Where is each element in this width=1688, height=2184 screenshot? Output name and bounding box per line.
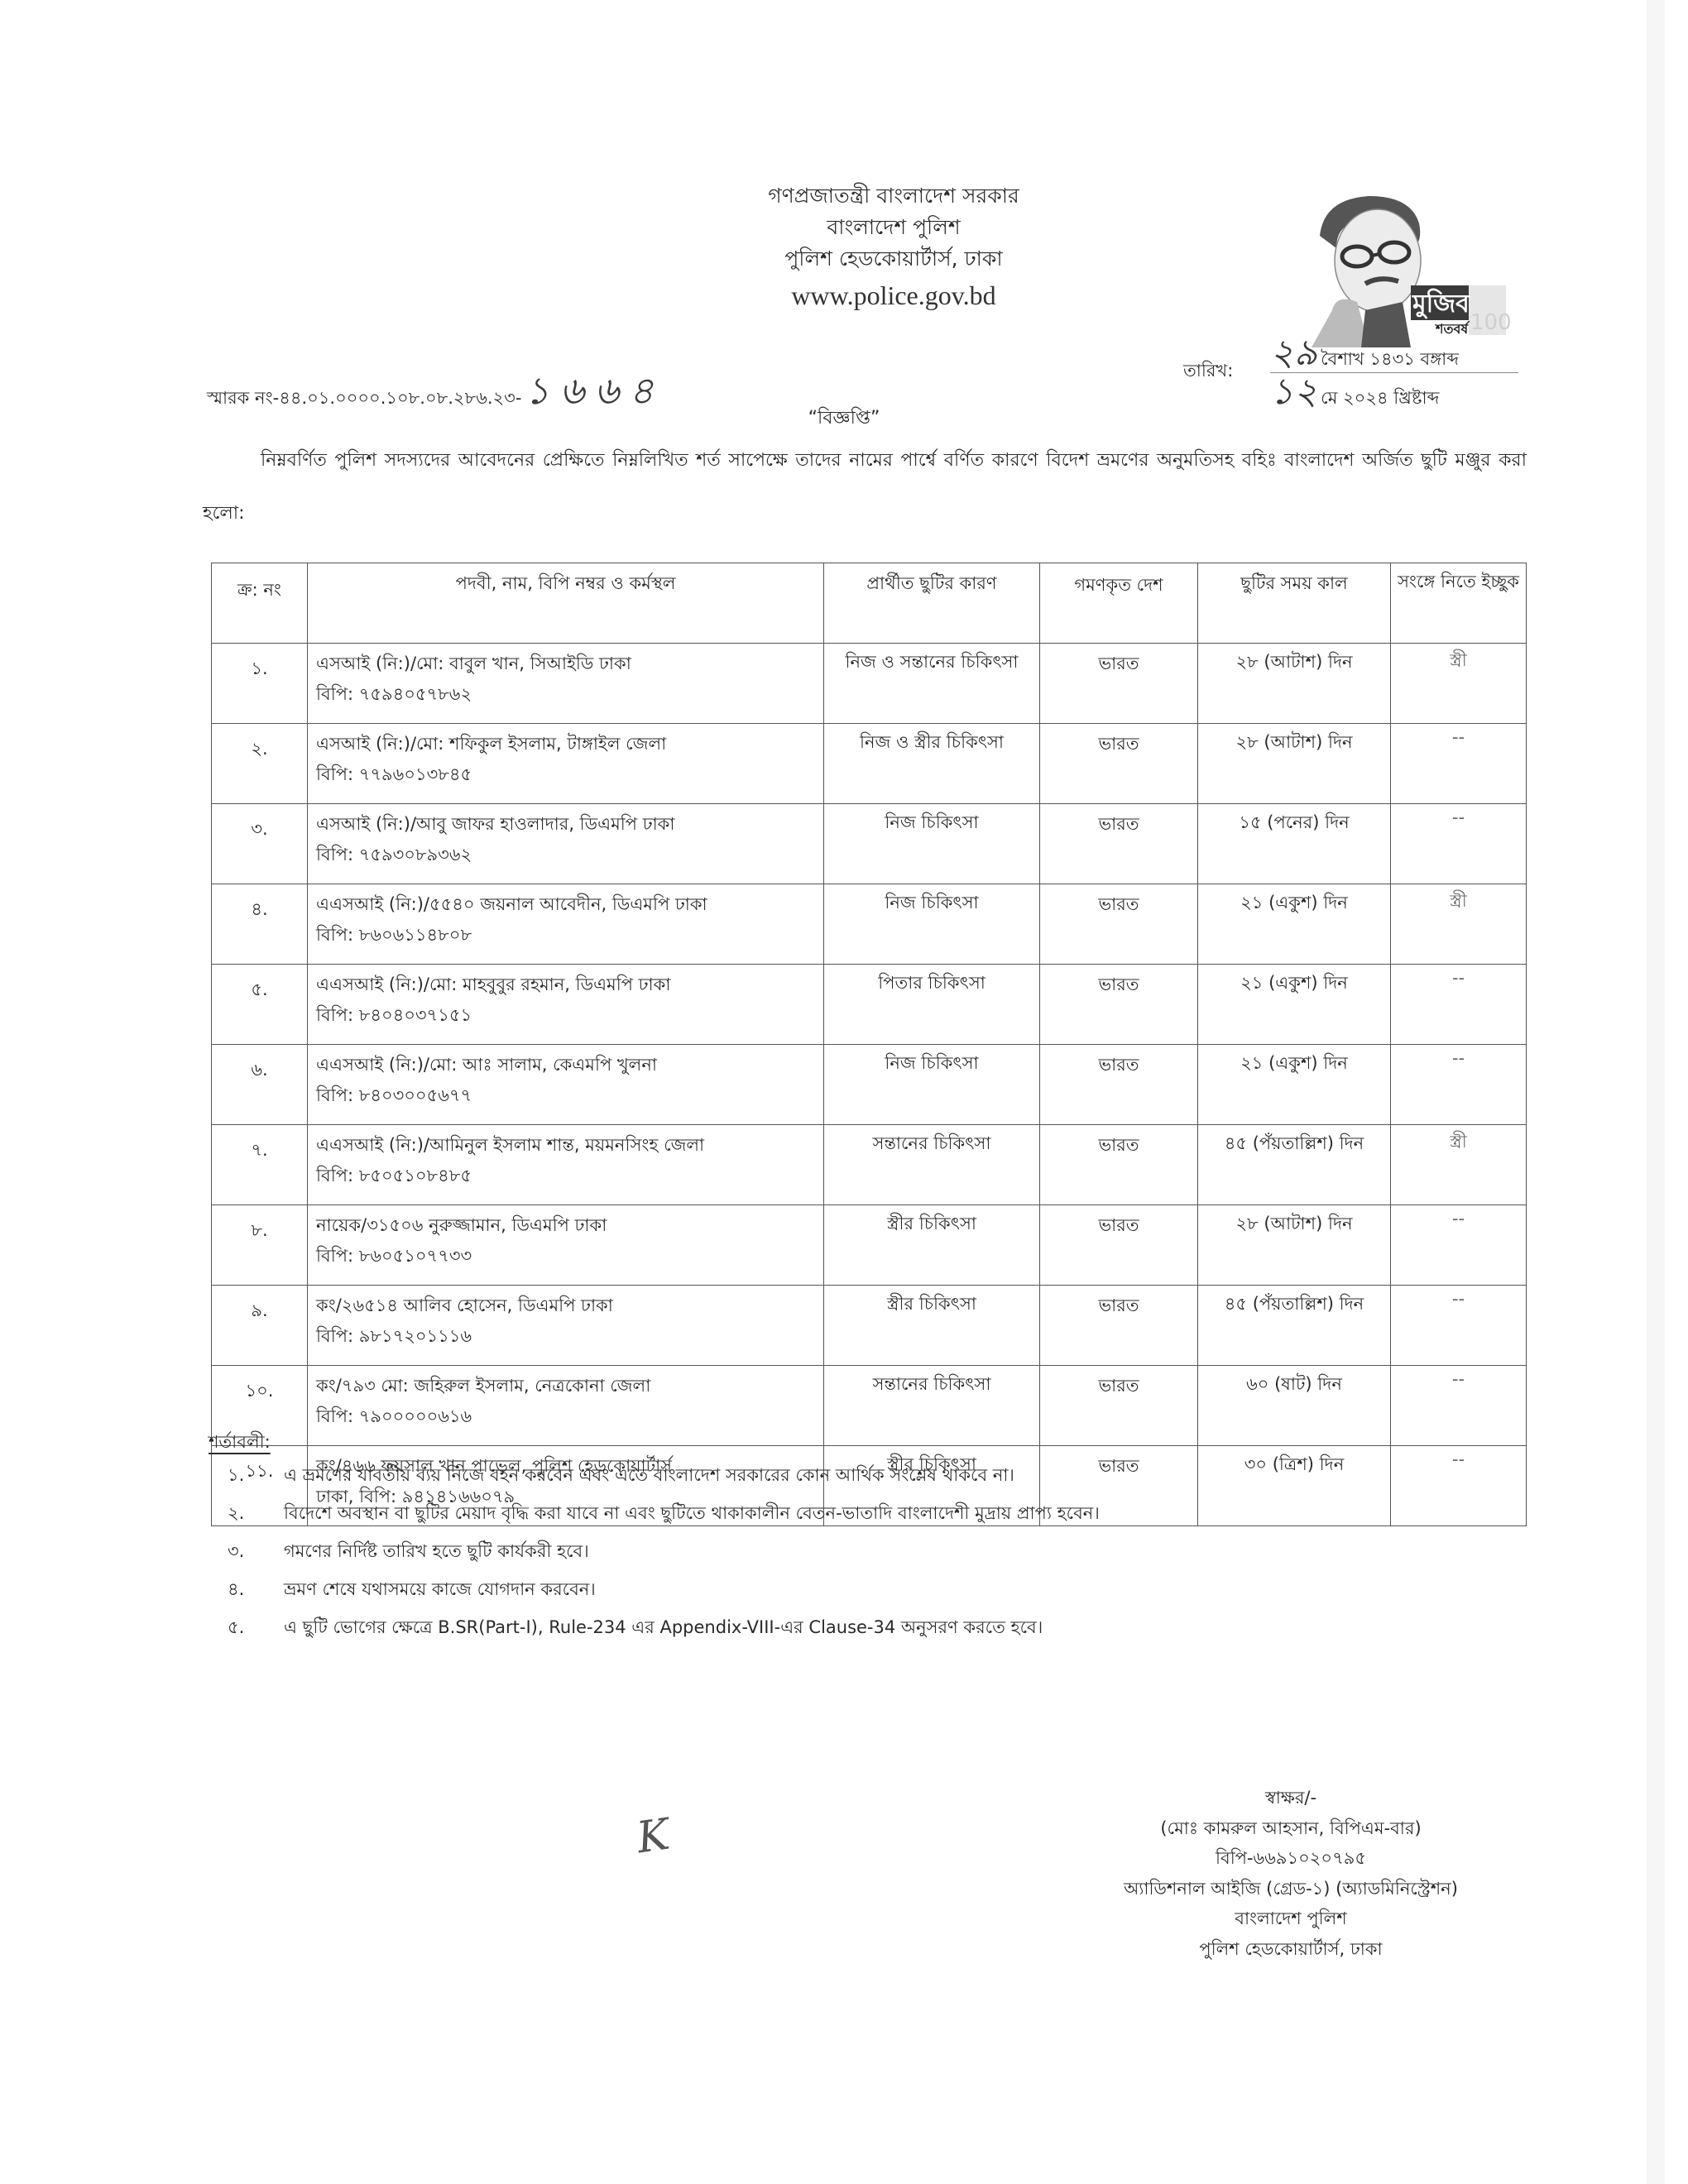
serial-cell: ২. [212, 724, 308, 804]
duration-duration-text: ৪৫ (পঁয়তাল্লিশ) দিন [1198, 1291, 1390, 1319]
condition-number: ২. [228, 1494, 284, 1532]
department-name: বাংলাদেশ পুলিশ [579, 212, 1208, 243]
companion-cell: -- [1391, 1045, 1527, 1125]
reason-cell: নিজ চিকিৎসা [824, 884, 1040, 965]
duration-duration-text: ২১ (একুশ) দিন [1198, 970, 1390, 999]
serial-sl-text: ৯. [212, 1297, 307, 1326]
reason-reason-text: পিতার চিকিৎসা [824, 970, 1039, 999]
duration-cell: ৪৫ (পঁয়তাল্লিশ) দিন [1198, 1125, 1391, 1205]
name-cell: কং/৭৯৩ মো: জহিরুল ইসলাম, নেত্রকোনা জেলাব… [308, 1366, 824, 1446]
name-bp-text: বিপি: ৮৬০৫১০৭৭৩৩ [316, 1241, 823, 1272]
condition-number: ৩. [228, 1532, 284, 1570]
conditions-title: শর্তাবলী: [209, 1429, 271, 1458]
table-row: ১০.কং/৭৯৩ মো: জহিরুল ইসলাম, নেত্রকোনা জে… [212, 1366, 1527, 1446]
reason-cell: পিতার চিকিৎসা [824, 965, 1040, 1045]
companion-cell: স্ত্রী [1391, 644, 1527, 724]
name-name-text: এএসআই (নি:)/৫৫৪০ জয়নাল আবেদীন, ডিএমপি ঢ… [316, 889, 823, 920]
name-bp-text: বিপি: ৭৫৯৩০৮৯৩৬২ [316, 840, 823, 870]
country-country-text: ভারত [1040, 1292, 1197, 1321]
companion-companion-text: -- [1391, 1289, 1526, 1309]
duration-cell: ২৮ (আটাশ) দিন [1198, 644, 1391, 724]
duration-cell: ২১ (একুশ) দিন [1198, 884, 1391, 965]
name-name-text: এসআই (নি:)/মো: বাবুল খান, সিআইডি ঢাকা [316, 649, 823, 679]
reason-cell: নিজ চিকিৎসা [824, 804, 1040, 884]
table-row: ২.এসআই (নি:)/মো: শফিকুল ইসলাম, টাঙ্গাইল … [212, 724, 1527, 804]
companion-companion-text: স্ত্রী [1391, 647, 1526, 676]
bangla-date: ২৯বৈশাখ ১৪৩১ বঙ্গাব্দ [1270, 338, 1518, 369]
reason-reason-text: নিজ চিকিৎসা [824, 809, 1039, 838]
name-bp-text: বিপি: ৮৬০৬১১৪৮০৮ [316, 920, 823, 951]
duration-duration-text: ২১ (একুশ) দিন [1198, 1050, 1390, 1079]
condition-text: ভ্রমণ শেষে যথাসময়ে কাজে যোগদান করবেন। [284, 1570, 596, 1608]
serial-cell: ৫. [212, 965, 308, 1045]
signature-block: স্বাক্ষর/- (মোঃ কামরুল আহসান, বিপিএম-বার… [1076, 1783, 1506, 1964]
condition-item: ৩.গমণের নির্দিষ্ট তারিখ হতে ছুটি কার্যকর… [228, 1532, 1551, 1570]
companion-companion-text: -- [1391, 968, 1526, 988]
name-cell: নায়েক/৩১৫০৬ নুরুজ্জামান, ডিএমপি ঢাকাবিপ… [308, 1205, 824, 1286]
companion-companion-text: -- [1391, 1369, 1526, 1389]
name-cell: এএসআই (নি:)/মো: আঃ সালাম, কেএমপি খুলনাবি… [308, 1045, 824, 1125]
name-cell: এসআই (নি:)/মো: বাবুল খান, সিআইডি ঢাকাবিপ… [308, 644, 824, 724]
table-row: ৩.এসআই (নি:)/আবু জাফর হাওলাদার, ডিএমপি ঢ… [212, 804, 1527, 884]
country-country-text: ভারত [1040, 1372, 1197, 1401]
table-row: ১.এসআই (নি:)/মো: বাবুল খান, সিআইডি ঢাকাব… [212, 644, 1527, 724]
name-cell: এসআই (নি:)/আবু জাফর হাওলাদার, ডিএমপি ঢাক… [308, 804, 824, 884]
reason-reason-text: নিজ চিকিৎসা [824, 1050, 1039, 1079]
condition-text: এ ছুটি ভোগের ক্ষেত্রে B.SR(Part-I), Rule… [284, 1608, 1043, 1646]
reason-reason-text: স্ত্রীর চিকিৎসা [824, 1210, 1039, 1239]
condition-text: বিদেশে অবস্থান বা ছুটির মেয়াদ বৃদ্ধি কর… [284, 1494, 1100, 1532]
serial-cell: ৮. [212, 1205, 308, 1286]
serial-cell: ৪. [212, 884, 308, 965]
companion-cell: স্ত্রী [1391, 884, 1527, 965]
condition-text: এ ভ্রমণের যাবতীয় ব্যয় নিজে বহন করবেন এ… [284, 1456, 1014, 1494]
name-name-text: এসআই (নি:)/মো: শফিকুল ইসলাম, টাঙ্গাইল জে… [316, 729, 823, 759]
serial-sl-text: ৫. [212, 976, 307, 1005]
name-bp-text: বিপি: ৮৪০৪০৩৭১৫১ [316, 1000, 823, 1031]
col-serial: ক্র: নং [212, 563, 308, 644]
country-country-text: ভারত [1040, 1051, 1197, 1080]
name-cell: কং/২৬৫১৪ আলিব হোসেন, ডিএমপি ঢাকাবিপি: ৯৮… [308, 1286, 824, 1366]
duration-duration-text: ২৮ (আটাশ) দিন [1198, 729, 1390, 758]
name-bp-text: বিপি: ৭৭৯৬০১৩৮৪৫ [316, 759, 823, 790]
table-row: ৭.এএসআই (নি:)/আমিনুল ইসলাম শান্ত, ময়মনস… [212, 1125, 1527, 1205]
serial-sl-text: ৮. [212, 1217, 307, 1246]
country-cell: ভারত [1040, 804, 1198, 884]
duration-duration-text: ২৮ (আটাশ) দিন [1198, 649, 1390, 678]
duration-duration-text: ২৮ (আটাশ) দিন [1198, 1210, 1390, 1239]
country-cell: ভারত [1040, 1125, 1198, 1205]
website-link[interactable]: www.police.gov.bd [579, 276, 1208, 314]
duration-cell: ২১ (একুশ) দিন [1198, 1045, 1391, 1125]
serial-cell: ৩. [212, 804, 308, 884]
reason-reason-text: স্ত্রীর চিকিৎসা [824, 1291, 1039, 1319]
office-name: পুলিশ হেডকোয়ার্টার্স, ঢাকা [579, 243, 1208, 275]
letterhead: গণপ্রজাতন্ত্রী বাংলাদেশ সরকার বাংলাদেশ প… [579, 180, 1208, 314]
serial-cell: ১. [212, 644, 308, 724]
serial-sl-text: ৪. [212, 896, 307, 925]
companion-companion-text: স্ত্রী [1391, 888, 1526, 917]
serial-cell: ৭. [212, 1125, 308, 1205]
serial-sl-text: ৩. [212, 816, 307, 845]
country-cell: ভারত [1040, 1045, 1198, 1125]
reason-cell: স্ত্রীর চিকিৎসা [824, 1286, 1040, 1366]
duration-duration-text: ২১ (একুশ) দিন [1198, 889, 1390, 918]
reason-cell: স্ত্রীর চিকিৎসা [824, 1205, 1040, 1286]
duration-duration-text: ৬০ (ষাট) দিন [1198, 1371, 1390, 1400]
name-name-text: কং/৭৯৩ মো: জহিরুল ইসলাম, নেত্রকোনা জেলা [316, 1371, 823, 1401]
reason-reason-text: নিজ চিকিৎসা [824, 889, 1039, 918]
scan-edge-shadow [1647, 0, 1665, 2184]
condition-number: ১. [228, 1456, 284, 1494]
country-cell: ভারত [1040, 1286, 1198, 1366]
duration-cell: ২৮ (আটাশ) দিন [1198, 724, 1391, 804]
country-cell: ভারত [1040, 644, 1198, 724]
reason-reason-text: নিজ ও সন্তানের চিকিৎসা [824, 649, 1039, 678]
leave-approval-table: ক্র: নং পদবী, নাম, বিপি নম্বর ও কর্মস্থল… [211, 563, 1527, 1526]
name-name-text: এসআই (নি:)/আবু জাফর হাওলাদার, ডিএমপি ঢাক… [316, 809, 823, 840]
table-row: ৫.এএসআই (নি:)/মো: মাহবুবুর রহমান, ডিএমপি… [212, 965, 1527, 1045]
name-cell: এএসআই (নি:)/মো: মাহবুবুর রহমান, ডিএমপি ঢ… [308, 965, 824, 1045]
name-bp-text: বিপি: ৮৪০৩০০৫৬৭৭ [316, 1080, 823, 1111]
table-row: ৮.নায়েক/৩১৫০৬ নুরুজ্জামান, ডিএমপি ঢাকাব… [212, 1205, 1527, 1286]
duration-cell: ১৫ (পনের) দিন [1198, 804, 1391, 884]
logo-number: 100 [1470, 310, 1512, 335]
duration-cell: ৪৫ (পঁয়তাল্লিশ) দিন [1198, 1286, 1391, 1366]
name-cell: এসআই (নি:)/মো: শফিকুল ইসলাম, টাঙ্গাইল জে… [308, 724, 824, 804]
country-country-text: ভারত [1040, 811, 1197, 840]
name-bp-text: বিপি: ৯৮১৭২০১১১৬ [316, 1321, 823, 1352]
reason-reason-text: সন্তানের চিকিৎসা [824, 1130, 1039, 1159]
companion-cell: -- [1391, 724, 1527, 804]
date-label: তারিখ: [1183, 357, 1233, 386]
mujib-borsho-logo: মুজিব শতবর্ষ 100 [1287, 186, 1527, 352]
duration-duration-text: ৪৫ (পঁয়তাল্লিশ) দিন [1198, 1130, 1390, 1159]
country-country-text: ভারত [1040, 730, 1197, 759]
reason-cell: নিজ চিকিৎসা [824, 1045, 1040, 1125]
reason-cell: সন্তানের চিকিৎসা [824, 1125, 1040, 1205]
col-duration: ছুটির সময় কাল [1198, 563, 1391, 644]
name-bp-text: বিপি: ৭৫৯৪০৫৭৮৬২ [316, 679, 823, 710]
table-body: ১.এসআই (নি:)/মো: বাবুল খান, সিআইডি ঢাকাব… [212, 644, 1527, 1526]
serial-cell: ৯. [212, 1286, 308, 1366]
table-row: ৯.কং/২৬৫১৪ আলিব হোসেন, ডিএমপি ঢাকাবিপি: … [212, 1286, 1527, 1366]
bangla-month-year: বৈশাখ ১৪৩১ বঙ্গাব্দ [1321, 349, 1459, 369]
signatory-designation: অ্যাডিশনাল আইজি (গ্রেড-১) (অ্যাডমিনিস্ট্… [1076, 1874, 1506, 1904]
name-name-text: এএসআই (নি:)/মো: মাহবুবুর রহমান, ডিএমপি ঢ… [316, 970, 823, 1000]
col-name: পদবী, নাম, বিপি নম্বর ও কর্মস্থল [308, 563, 824, 644]
companion-cell: -- [1391, 965, 1527, 1045]
companion-cell: -- [1391, 804, 1527, 884]
conditions-list: ১.এ ভ্রমণের যাবতীয় ব্যয় নিজে বহন করবেন… [228, 1456, 1551, 1646]
reason-reason-text: নিজ ও স্ত্রীর চিকিৎসা [824, 729, 1039, 758]
name-bp-text: বিপি: ৭৯০০০০০৬১৬ [316, 1401, 823, 1432]
serial-sl-text: ৬. [212, 1056, 307, 1085]
serial-sl-text: ৭. [212, 1137, 307, 1166]
country-country-text: ভারত [1040, 1132, 1197, 1161]
companion-companion-text: -- [1391, 1048, 1526, 1068]
col-companion: সংঙ্গে নিতে ইচ্ছুক [1391, 563, 1527, 644]
table-header-row: ক্র: নং পদবী, নাম, বিপি নম্বর ও কর্মস্থল… [212, 563, 1527, 644]
notice-title: “বিজ্ঞপ্তি” [0, 404, 1688, 434]
bangla-day-handwritten: ২৯ [1270, 332, 1317, 374]
duration-cell: ২১ (একুশ) দিন [1198, 965, 1391, 1045]
companion-companion-text: স্ত্রী [1391, 1128, 1526, 1157]
companion-cell: -- [1391, 1286, 1527, 1366]
signatory-name: (মোঃ কামরুল আহসান, বিপিএম-বার) [1076, 1813, 1506, 1844]
name-bp-text: বিপি: ৮৫০৫১০৮৪৮৫ [316, 1161, 823, 1191]
name-cell: এএসআই (নি:)/৫৫৪০ জয়নাল আবেদীন, ডিএমপি ঢ… [308, 884, 824, 965]
serial-sl-text: ১০. [212, 1377, 307, 1406]
serial-sl-text: ১. [212, 655, 307, 684]
country-cell: ভারত [1040, 724, 1198, 804]
signed-label: স্বাক্ষর/- [1076, 1783, 1506, 1813]
table-row: ৬.এএসআই (নি:)/মো: আঃ সালাম, কেএমপি খুলনা… [212, 1045, 1527, 1125]
intro-paragraph: নিম্নবর্ণিত পুলিশ সদস্যদের আবেদনের প্রেক… [203, 434, 1527, 540]
country-cell: ভারত [1040, 965, 1198, 1045]
duration-duration-text: ১৫ (পনের) দিন [1198, 809, 1390, 838]
country-cell: ভারত [1040, 884, 1198, 965]
reason-cell: সন্তানের চিকিৎসা [824, 1366, 1040, 1446]
name-name-text: এএসআই (নি:)/মো: আঃ সালাম, কেএমপি খুলনা [316, 1050, 823, 1080]
date-block: ২৯বৈশাখ ১৪৩১ বঙ্গাব্দ ১২মে ২০২৪ খ্রিষ্টা… [1270, 338, 1518, 408]
country-country-text: ভারত [1040, 1212, 1197, 1241]
condition-item: ১.এ ভ্রমণের যাবতীয় ব্যয় নিজে বহন করবেন… [228, 1456, 1551, 1494]
col-country: গমণকৃত দেশ [1040, 563, 1198, 644]
reason-cell: নিজ ও স্ত্রীর চিকিৎসা [824, 724, 1040, 804]
country-cell: ভারত [1040, 1366, 1198, 1446]
companion-cell: স্ত্রী [1391, 1125, 1527, 1205]
signatory-org: বাংলাদেশ পুলিশ [1076, 1904, 1506, 1934]
col-reason: প্রার্থীত ছুটির কারণ [824, 563, 1040, 644]
country-cell: ভারত [1040, 1205, 1198, 1286]
condition-number: ৪. [228, 1570, 284, 1608]
condition-number: ৫. [228, 1608, 284, 1646]
condition-item: ৫.এ ছুটি ভোগের ক্ষেত্রে B.SR(Part-I), Ru… [228, 1608, 1551, 1646]
condition-item: ৪.ভ্রমণ শেষে যথাসময়ে কাজে যোগদান করবেন। [228, 1570, 1551, 1608]
name-name-text: এএসআই (নি:)/আমিনুল ইসলাম শান্ত, ময়মনসিং… [316, 1130, 823, 1161]
companion-cell: -- [1391, 1205, 1527, 1286]
table-row: ৪.এএসআই (নি:)/৫৫৪০ জয়নাল আবেদীন, ডিএমপি… [212, 884, 1527, 965]
reason-cell: নিজ ও সন্তানের চিকিৎসা [824, 644, 1040, 724]
name-name-text: কং/২৬৫১৪ আলিব হোসেন, ডিএমপি ঢাকা [316, 1291, 823, 1321]
country-country-text: ভারত [1040, 971, 1197, 1000]
condition-text: গমণের নির্দিষ্ট তারিখ হতে ছুটি কার্যকরী … [284, 1532, 589, 1570]
country-country-text: ভারত [1040, 891, 1197, 920]
signatory-office: পুলিশ হেডকোয়ার্টার্স, ঢাকা [1076, 1934, 1506, 1965]
handwritten-initial: K [634, 1810, 673, 1864]
companion-cell: -- [1391, 1366, 1527, 1446]
reason-reason-text: সন্তানের চিকিৎসা [824, 1371, 1039, 1400]
govt-name: গণপ্রজাতন্ত্রী বাংলাদেশ সরকার [579, 180, 1208, 212]
serial-cell: ৬. [212, 1045, 308, 1125]
signatory-bp: বিপি-৬৬৯১০২০৭৯৫ [1076, 1843, 1506, 1874]
companion-companion-text: -- [1391, 807, 1526, 827]
name-cell: এএসআই (নি:)/আমিনুল ইসলাম শান্ত, ময়মনসিং… [308, 1125, 824, 1205]
country-country-text: ভারত [1040, 650, 1197, 679]
companion-companion-text: -- [1391, 1209, 1526, 1228]
companion-companion-text: -- [1391, 727, 1526, 747]
condition-item: ২.বিদেশে অবস্থান বা ছুটির মেয়াদ বৃদ্ধি … [228, 1494, 1551, 1532]
duration-cell: ৬০ (ষাট) দিন [1198, 1366, 1391, 1446]
duration-cell: ২৮ (আটাশ) দিন [1198, 1205, 1391, 1286]
name-name-text: নায়েক/৩১৫০৬ নুরুজ্জামান, ডিএমপি ঢাকা [316, 1210, 823, 1241]
serial-sl-text: ২. [212, 735, 307, 764]
